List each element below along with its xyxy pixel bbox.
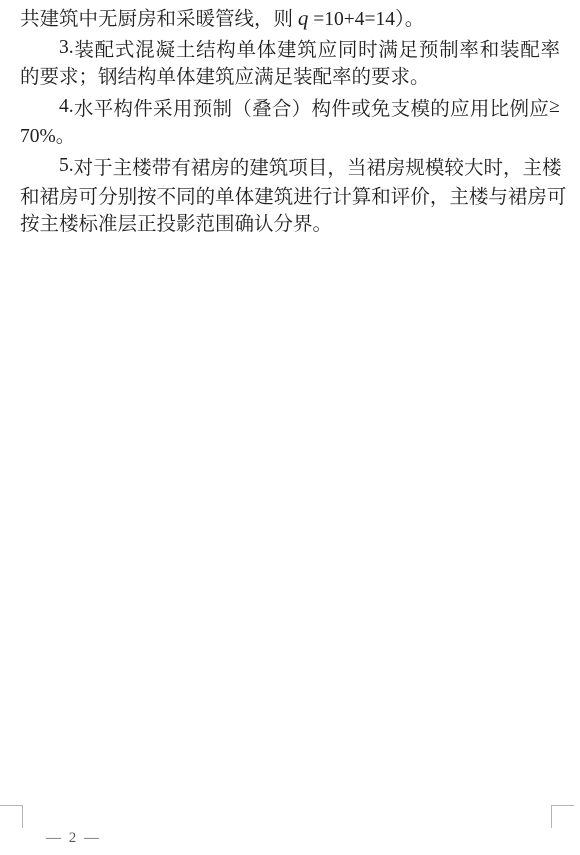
text-token: 结 [196,34,216,62]
text-token: 分 [98,181,118,209]
document-page: 共建筑中无厨房和采暖管线，则 q =10+4=14）。3.装配式混凝土结构单体建… [0,0,580,855]
text-token: 单 [237,34,257,62]
text-token: 可 [547,181,567,209]
margin-corner-mark-left [0,805,23,828]
text-segment: 按主楼标准层正投影范围确认分界。 [20,214,332,235]
text-token: 价 [410,181,430,209]
text-token: 裙 [191,152,211,180]
text-token: 进 [293,181,313,209]
text-token: 评 [391,181,411,209]
margin-corner-mark-right [551,805,574,828]
text-token: 装 [500,34,520,62]
text-token: 件 [133,93,153,121]
text-token: 时 [483,152,503,180]
text-segment: =10+4=14）。 [308,9,424,30]
text-token: 足 [399,34,419,62]
text-token: 的 [230,152,250,180]
text-token: 楼 [132,152,152,180]
text-token: 4. [59,96,74,118]
text-token: 体 [257,34,277,62]
text-token: 别 [118,181,138,209]
text-token: 应 [529,93,549,121]
text-token: 同 [176,181,196,209]
text-token: 比 [490,93,510,121]
text-token: 带 [152,152,172,180]
text-token: 建 [249,152,269,180]
text-token: 采 [153,93,173,121]
text-token: 件 [331,93,351,121]
text-token: 楼 [542,152,562,180]
text-token: 大 [464,152,484,180]
text-token: 按 [137,181,157,209]
text-token: 免 [371,93,391,121]
document-body: 共建筑中无厨房和采暖管线，则 q =10+4=14）。3.装配式混凝土结构单体建… [20,4,560,239]
text-token: 裙 [40,181,60,209]
text-line: 3.装配式混凝土结构单体建筑应同时满足预制率和装配率 [20,33,560,62]
text-line: 70%。 [20,122,560,151]
text-token: 计 [332,181,352,209]
text-token: 时 [358,34,378,62]
text-token: 装 [74,34,94,62]
text-token: 建 [277,34,297,62]
text-token: 3. [59,37,74,59]
text-line: 5.对于主楼带有裙房的建筑项目，当裙房规模较大时，主楼 [20,151,560,180]
text-token: 配 [520,34,540,62]
text-token: 于 [93,152,113,180]
text-token: 构 [216,34,236,62]
text-token: 裙 [366,152,386,180]
text-token: 支 [391,93,411,121]
text-token: 用 [470,93,490,121]
text-token: 目 [308,152,328,180]
text-token: 应 [318,34,338,62]
text-line: 4.水平构件采用预制（叠合）构件或免支模的应用比例应≥ [20,92,560,121]
text-token: 可 [79,181,99,209]
text-token: 平 [94,93,114,121]
text-token: 房 [527,181,547,209]
text-token: 凝 [155,34,175,62]
text-token: 裙 [508,181,528,209]
text-token: 构 [114,93,134,121]
text-token: 主 [522,152,542,180]
text-token: 较 [444,152,464,180]
text-token: 主 [113,152,133,180]
text-token: 体 [235,181,255,209]
text-token: 房 [386,152,406,180]
text-token: 房 [210,152,230,180]
text-token: 制 [439,34,459,62]
text-token: ， [327,152,347,180]
text-line: 共建筑中无厨房和采暖管线，则 q =10+4=14）。 [20,4,560,33]
text-segment: 共建筑中无厨房和采暖管线，则 [20,9,298,30]
text-token: 的 [430,93,450,121]
text-token: 模 [425,152,445,180]
text-token: 叠 [252,93,272,121]
text-token: 应 [450,93,470,121]
text-token: 房 [59,181,79,209]
text-token: 率 [459,34,479,62]
text-token: ≥ [549,96,560,118]
text-token: 预 [193,93,213,121]
text-token: 或 [351,93,371,121]
text-token: 筑 [297,34,317,62]
text-line: 和裙房可分别按不同的单体建筑进行计算和评价，主楼与裙房可 [20,180,560,209]
text-token: 式 [115,34,135,62]
text-token: ， [503,152,523,180]
text-token: 筑 [269,152,289,180]
text-token: 和 [371,181,391,209]
text-token: 与 [488,181,508,209]
text-token: 预 [419,34,439,62]
text-token: 楼 [469,181,489,209]
text-token: 行 [313,181,333,209]
text-token: ） [292,93,312,121]
text-token: 算 [352,181,372,209]
text-line: 的要求；钢结构单体建筑应满足装配率的要求。 [20,63,560,92]
text-token: 和 [20,181,40,209]
text-token: ， [430,181,450,209]
text-token: 项 [288,152,308,180]
text-token: 规 [405,152,425,180]
text-token: 单 [215,181,235,209]
text-token: 和 [480,34,500,62]
text-token: 混 [135,34,155,62]
text-token: 筑 [274,181,294,209]
text-segment: 70%。 [20,126,75,147]
text-segment: 的要求；钢结构单体建筑应满足装配率的要求。 [20,67,430,88]
footer-page-number: — 2 — [46,829,101,847]
text-token: 满 [378,34,398,62]
text-token: 有 [171,152,191,180]
text-token: 构 [311,93,331,121]
text-token: 率 [540,34,560,62]
text-token: 用 [173,93,193,121]
text-token: （ [232,93,252,121]
text-token: 同 [338,34,358,62]
text-token: 不 [157,181,177,209]
text-token: 当 [347,152,367,180]
text-token: 土 [176,34,196,62]
text-token: 水 [74,93,94,121]
text-line: 按主楼标准层正投影范围确认分界。 [20,210,560,239]
text-token: 的 [196,181,216,209]
text-token: 主 [449,181,469,209]
text-token: 建 [254,181,274,209]
text-token: 例 [509,93,529,121]
text-token: 合 [272,93,292,121]
text-segment: q [298,6,309,30]
text-token: 模 [410,93,430,121]
text-token: 对 [74,152,94,180]
text-token: 配 [95,34,115,62]
text-token: 制 [212,93,232,121]
text-token: 5. [59,155,74,177]
